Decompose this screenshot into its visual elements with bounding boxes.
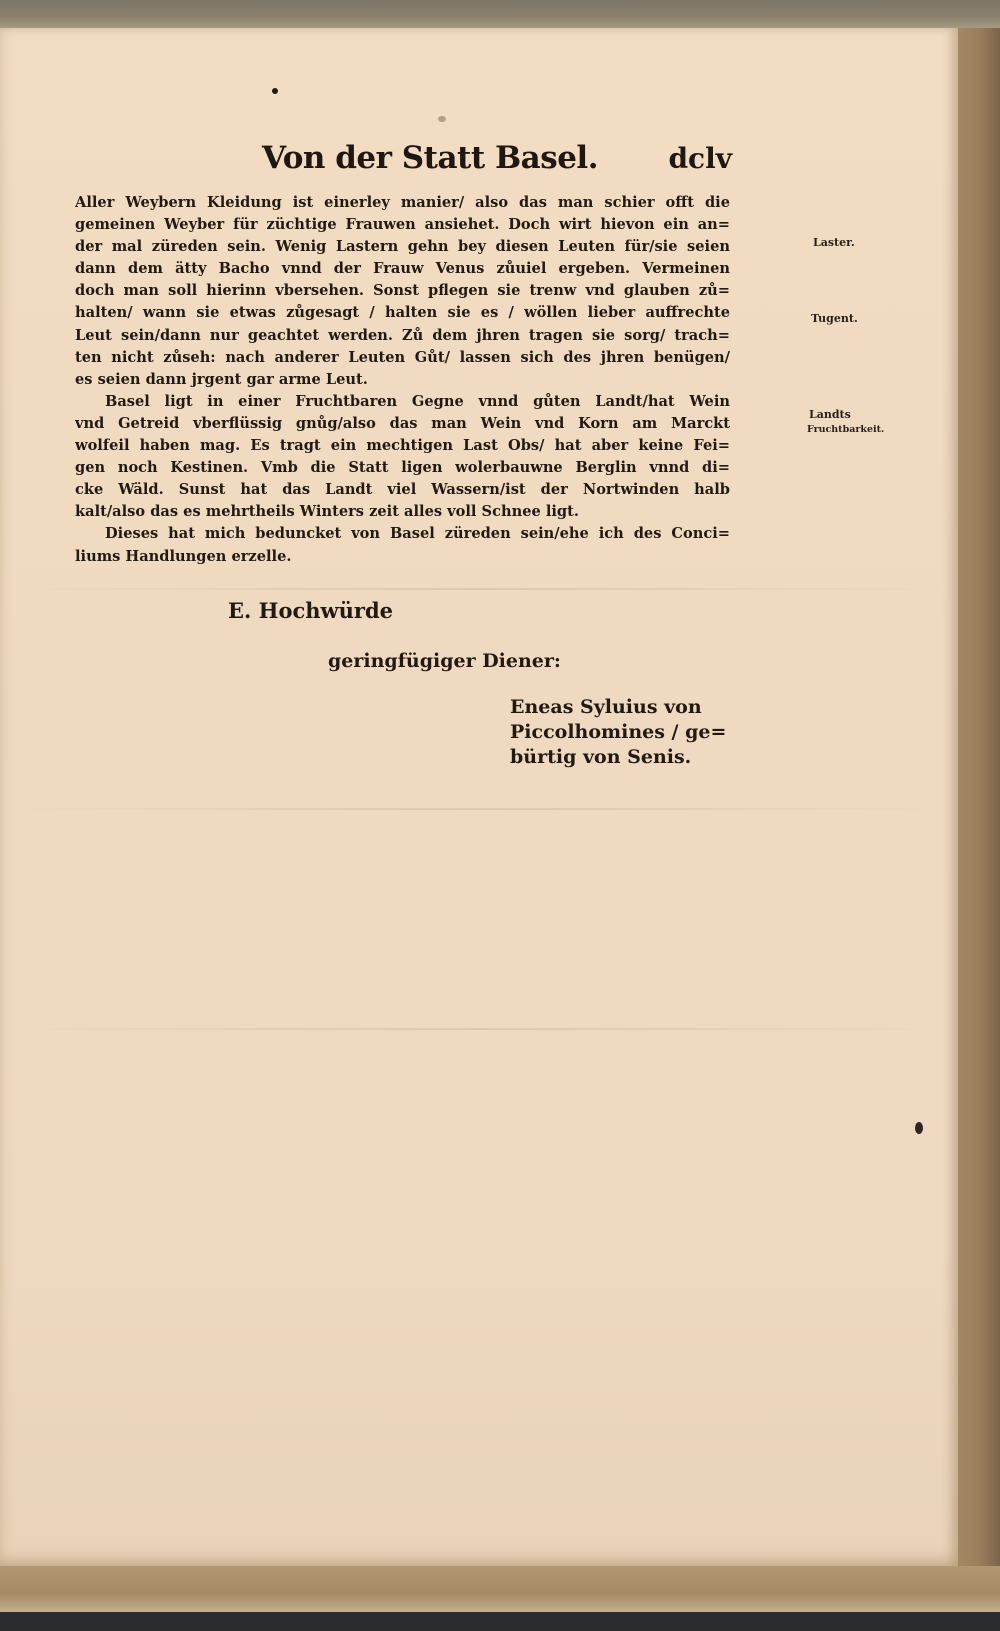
- text-line: es seien dann jrgent gar arme Leut.: [75, 369, 730, 391]
- paper-fold: [0, 808, 958, 810]
- margin-note-landts: Landts: [809, 408, 851, 421]
- text-line: vnd Getreid vberflüssig gnůg/also das ma…: [75, 413, 730, 435]
- signature-salutation: E. Hochwürde: [228, 598, 393, 623]
- author-line: Eneas Syluius von: [510, 695, 726, 720]
- text-line: der mal züreden sein. Wenig Lastern gehn…: [75, 236, 730, 258]
- text-line: gemeinen Weyber für züchtige Frauwen ans…: [75, 214, 730, 236]
- text-line: cke Wäld. Sunst hat das Landt viel Wasse…: [75, 479, 730, 501]
- text-line: dann dem ätty Bacho vnnd der Frauw Venus…: [75, 258, 730, 280]
- author-line: bürtig von Senis.: [510, 745, 726, 770]
- book-right-edge: [958, 28, 1000, 1612]
- text-line: halten/ wann sie etwas zůgesagt / halten…: [75, 302, 730, 324]
- margin-note-tugent: Tugent.: [811, 312, 858, 325]
- foxing-spot: [915, 1122, 923, 1134]
- foxing-spot: [438, 116, 446, 122]
- text-line: Leut sein/dann nur geachtet werden. Zů d…: [75, 325, 730, 347]
- text-line: doch man soll hierinn vbersehen. Sonst p…: [75, 280, 730, 302]
- text-line: liums Handlungen erzelle.: [75, 546, 730, 568]
- book-top-edge: [0, 0, 1000, 28]
- folio-number: dclv: [668, 142, 732, 175]
- text-line: ten nicht zůseh: nach anderer Leuten Gůt…: [75, 347, 730, 369]
- signature-author: Eneas Syluius von Piccolhomines / ge= bü…: [510, 695, 726, 770]
- book-bottom-edge: [0, 1566, 1000, 1612]
- page-title: Von der Statt Basel.: [262, 140, 598, 176]
- author-line: Piccolhomines / ge=: [510, 720, 726, 745]
- text-line: kalt/also das es mehrtheils Winters zeit…: [75, 501, 730, 523]
- paper-fold: [0, 1028, 958, 1030]
- signature-servant: geringfügiger Diener:: [328, 650, 561, 672]
- body-text: Aller Weybern Kleidung ist einerley mani…: [75, 192, 730, 568]
- text-line: Aller Weybern Kleidung ist einerley mani…: [75, 192, 730, 214]
- margin-note-laster: Laster.: [813, 236, 855, 249]
- running-head: Von der Statt Basel. dclv: [262, 140, 732, 190]
- text-line: Basel ligt in einer Fruchtbaren Gegne vn…: [75, 391, 730, 413]
- text-line: wolfeil haben mag. Es tragt ein mechtige…: [75, 435, 730, 457]
- ink-speck: [272, 88, 278, 94]
- margin-note-fruchtbarkeit: Fruchtbarkeit.: [807, 423, 884, 436]
- text-line: Dieses hat mich beduncket von Basel züre…: [75, 523, 730, 545]
- text-line: gen noch Kestinen. Vmb die Statt ligen w…: [75, 457, 730, 479]
- paper-fold: [0, 588, 958, 590]
